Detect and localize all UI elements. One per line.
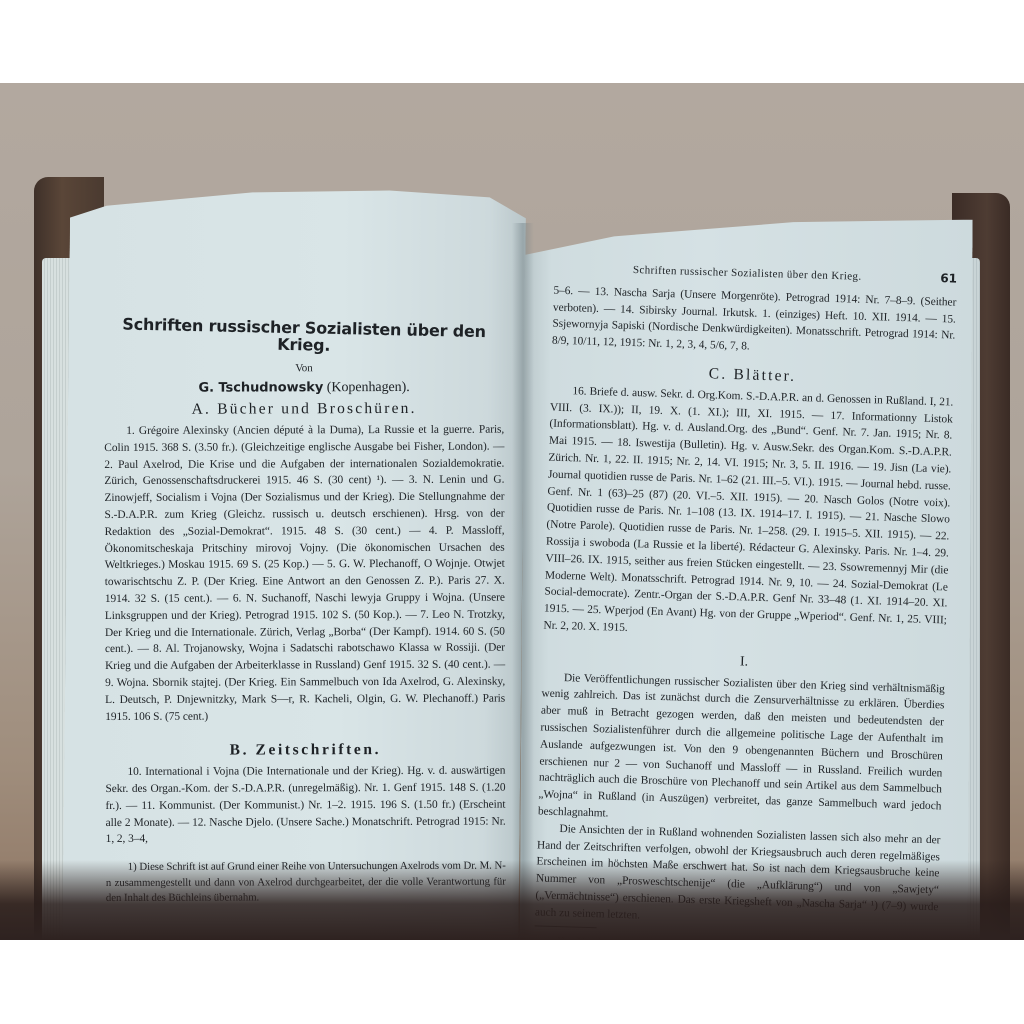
article-title: Schriften russischer Sozialisten über de… — [104, 316, 505, 358]
footnote-rule — [535, 926, 597, 929]
section-heading-a: A. Bücher und Broschüren. — [104, 401, 504, 419]
right-page: Schriften russischer Sozialisten über de… — [519, 216, 972, 940]
author-line: G. Tschudnowsky (Kopenhagen). — [104, 380, 504, 398]
body-paragraph-1: Die Veröffentlichungen russischer Sozial… — [538, 669, 945, 832]
section-a-body: 1. Grégoire Alexinsky (Ancien député à l… — [104, 422, 505, 726]
left-page: Schriften russischer Sozialisten über de… — [62, 181, 527, 940]
continuation-text: 5–6. — 13. Nascha Sarja (Unsere Morgenrö… — [552, 282, 957, 361]
byline-von: Von — [104, 359, 504, 377]
section-c-body: 16. Briefe d. ausw. Sekr. d. Org.Kom. S.… — [543, 382, 953, 646]
section-heading-b: B. Zeitschriften. — [105, 742, 505, 760]
body-paragraph-2: Die Ansichten der in Rußland wohnenden S… — [535, 820, 941, 933]
book-gutter — [512, 223, 534, 940]
book-photo: Schriften russischer Sozialisten über de… — [0, 83, 1024, 940]
author-name: G. Tschudnowsky — [198, 381, 323, 396]
page-number: 61 — [940, 270, 957, 287]
left-footnote: 1) Diese Schrift ist auf Grund einer Rei… — [106, 859, 506, 907]
left-page-text: Schriften russischer Sozialisten über de… — [104, 320, 506, 907]
right-footnote: 1) „Nascha Sarja“ wurde aber durch „Nasc… — [533, 934, 937, 940]
author-place: (Kopenhagen). — [327, 380, 410, 395]
section-b-body: 10. International i Vojna (Die Internati… — [105, 763, 505, 848]
right-page-text: Schriften russischer Sozialisten über de… — [533, 259, 957, 940]
